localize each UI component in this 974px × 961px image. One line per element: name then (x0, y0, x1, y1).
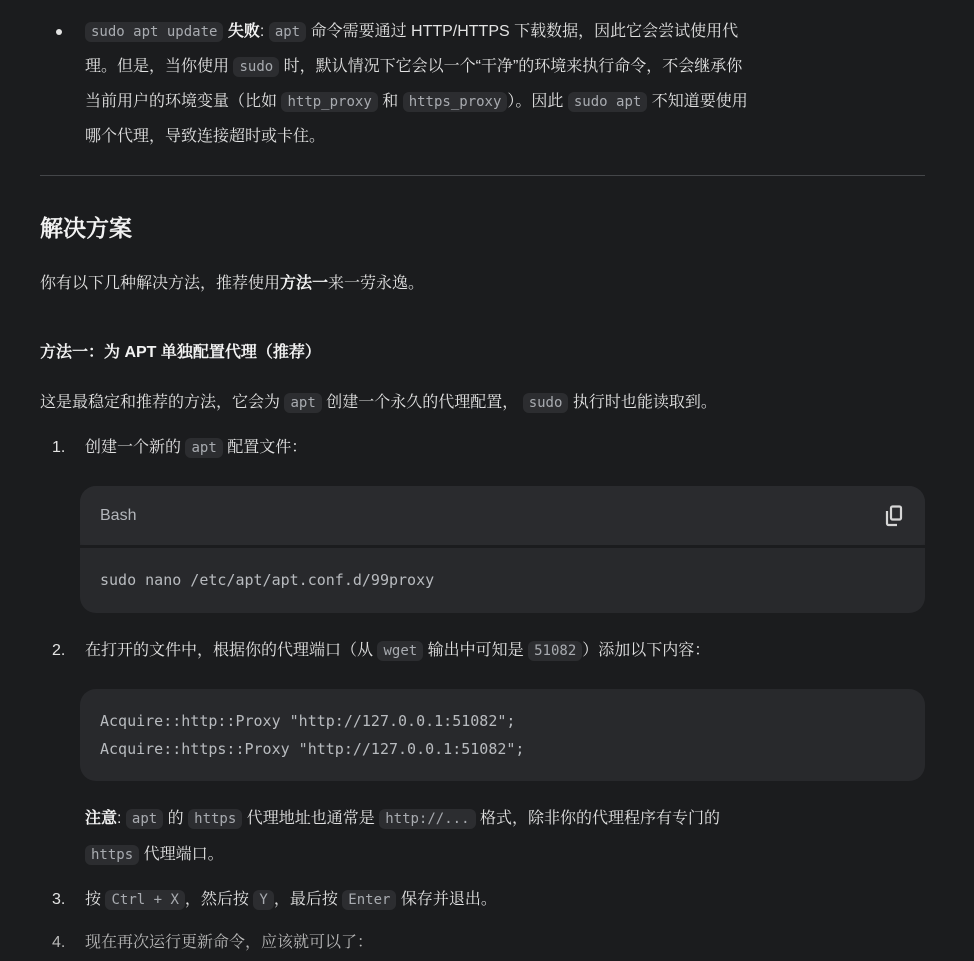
inline-code: http_proxy (281, 92, 377, 112)
bold-text: 失败 (228, 23, 260, 40)
inline-code: https (85, 845, 139, 865)
list-number: 3. (52, 883, 65, 917)
code-line: Acquire::https::Proxy "http://127.0.0.1:… (80, 735, 925, 763)
inline-code: sudo apt (568, 92, 647, 112)
inline-code: https_proxy (403, 92, 508, 112)
list-number: 2. (52, 634, 65, 668)
list-item-step-1: 创建一个新的 apt 配置文件： (85, 431, 307, 465)
inline-code: apt (269, 22, 306, 42)
intro-paragraph: 你有以下几种解决方法，推荐使用方法一来一劳永逸。 (40, 267, 424, 301)
note-line-2: https 代理端口。 (85, 838, 224, 872)
method-heading: 方法一：为 APT 单独配置代理（推荐） (40, 336, 321, 370)
bold-text: 方法一 (280, 275, 328, 292)
inline-code: wget (377, 641, 423, 661)
divider (40, 175, 925, 176)
chat-response: sudo apt update 失败: apt 命令需要通过 HTTP/HTTP… (0, 0, 974, 961)
copy-icon (884, 505, 904, 527)
bullet-line-4: 哪个代理，导致连接超时或卡住。 (85, 120, 325, 154)
code-language-label: Bash (100, 507, 136, 525)
bullet-point (56, 29, 62, 35)
inline-code: http://... (379, 809, 475, 829)
code-line: Acquire::http::Proxy "http://127.0.0.1:5… (80, 707, 925, 735)
bullet-line-3: 当前用户的环境变量（比如 http_proxy 和 https_proxy）。因… (85, 85, 748, 119)
method-description: 这是最稳定和推荐的方法，它会为 apt 创建一个永久的代理配置， sudo 执行… (40, 386, 717, 420)
inline-code: Ctrl + X (105, 890, 184, 910)
copy-code-button[interactable] (883, 505, 905, 527)
list-item-step-2: 在打开的文件中，根据你的代理端口（从 wget 输出中可知是 51082）添加以… (85, 634, 710, 668)
inline-code: apt (284, 393, 321, 413)
inline-code: https (188, 809, 242, 829)
inline-code: 51082 (528, 641, 582, 661)
bullet-line-2: 理。但是，当你使用 sudo 时，默认情况下它会以一个“干净”的环境来执行命令，… (85, 50, 742, 84)
code-block-header: Bash (80, 486, 925, 545)
inline-code: apt (185, 438, 222, 458)
code-block-bash: Bash sudo nano /etc/apt/apt.conf.d/99pro… (80, 486, 925, 613)
note-line-1: 注意: apt 的 https 代理地址也通常是 http://... 格式，除… (85, 802, 720, 836)
inline-code: apt (126, 809, 163, 829)
inline-code: sudo (233, 57, 279, 77)
inline-code: Y (253, 890, 273, 910)
bullet-line-1: sudo apt update 失败: apt 命令需要通过 HTTP/HTTP… (85, 15, 738, 49)
list-item-step-4: 现在再次运行更新命令，应该就可以了： (85, 926, 373, 960)
list-number: 1. (52, 431, 65, 465)
list-item-step-3: 按 Ctrl + X，然后按 Y，最后按 Enter 保存并退出。 (85, 883, 497, 917)
inline-code: sudo (523, 393, 569, 413)
list-number: 4. (52, 926, 65, 960)
section-heading: 解决方案 (40, 211, 132, 245)
code-content: sudo nano /etc/apt/apt.conf.d/99proxy (80, 548, 925, 594)
bold-text: 注意 (85, 810, 117, 827)
code-block-proxy-config: Acquire::http::Proxy "http://127.0.0.1:5… (80, 689, 925, 781)
inline-code: sudo apt update (85, 22, 223, 42)
inline-code: Enter (342, 890, 396, 910)
